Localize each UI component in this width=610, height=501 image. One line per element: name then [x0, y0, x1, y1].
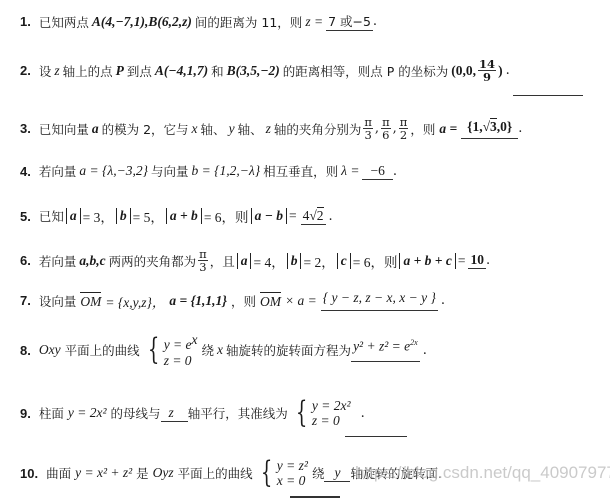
fraction: 149 [478, 58, 496, 83]
left-brace-icon: { [261, 458, 272, 488]
answer: −6 [362, 163, 392, 180]
answer: {1,√3,0} [461, 119, 518, 139]
equation-system: { y = exz = 0 [144, 332, 198, 368]
equation-system: { y = 2x²z = 0 [292, 398, 351, 428]
problem-5: 5. 已知 a = 3， b = 5， a + b = 6，则 a − b = … [20, 206, 333, 226]
answer-underline [513, 95, 583, 96]
left-brace-icon: { [296, 398, 307, 428]
problem-1: 1. 已知两点 A(4,−7,1), B(6,2,z) 间的距离为 11，则 z… [20, 12, 377, 31]
watermark: https://blog.csdn.net/qq_40907977 [355, 463, 610, 483]
answer: 10 [468, 252, 486, 269]
answer-underline [345, 436, 407, 437]
answer-blank: z [161, 405, 188, 422]
answer: { y − z, z − x, x − y } [321, 290, 438, 311]
problem-2: 2. 设 z 轴上的点 P 到点 A(−4,1,7) 和 B(3,5,−2) 的… [20, 58, 510, 83]
equation-system: { y = z²x = 0 [257, 458, 308, 488]
answer: 7 或−5 [326, 12, 373, 31]
answer-blank: y [324, 465, 350, 482]
answer: y² + z² = e2x [351, 338, 420, 362]
problem-3: 3. 已知向量 a 的模为 2，它与 x 轴、 y 轴、 z 轴的夹角分别为 π… [20, 116, 522, 141]
answer-underline [290, 496, 340, 498]
problem-8: 8. Oxy 平面上的曲线 { y = exz = 0 绕 x 轴旋转的旋转面方… [20, 332, 427, 368]
left-brace-icon: { [147, 335, 158, 365]
problem-9: 9. 柱面 y = 2x² 的母线与 z 轴平行，其准线为 { y = 2x²z… [20, 398, 365, 428]
problem-7: 7. 设向量 OM = {x,y,z}， a = {1,1,1} ，则 OM ×… [20, 290, 445, 311]
answer: 4√2 [301, 208, 326, 225]
problem-4: 4. 若向量 a = {λ,−3,2} 与向量 b = {1,2,−λ} 相互垂… [20, 162, 397, 180]
problem-6: 6. 若向量 a,b,c 两两的夹角都为 π3 ，且 a = 4， b = 2，… [20, 248, 490, 273]
